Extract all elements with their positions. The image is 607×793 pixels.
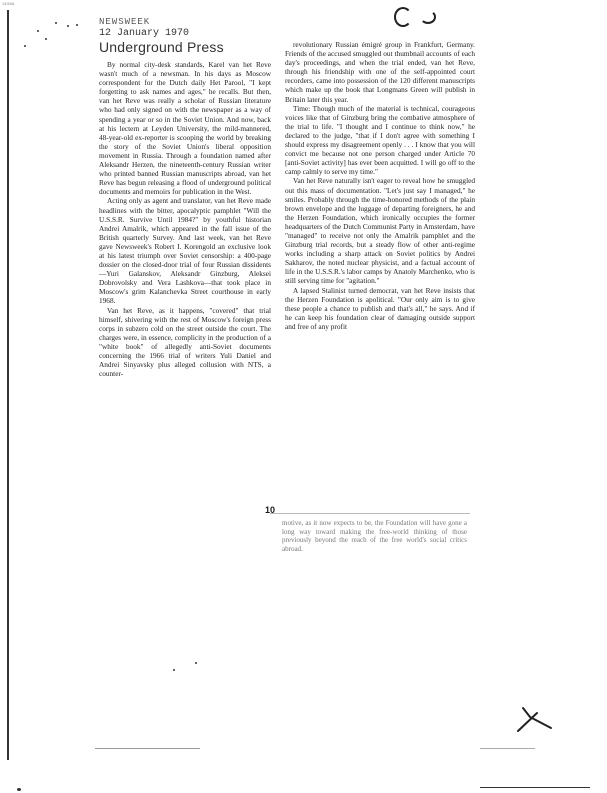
cut-line xyxy=(270,513,470,514)
article-column-right: revolutionary Russian émigré group in Fr… xyxy=(285,40,475,331)
publication-name: NEWSWEEK xyxy=(99,17,289,27)
article-headline: Underground Press xyxy=(99,39,289,55)
article-continuation: motive, as it now expects to be, the Fou… xyxy=(282,519,467,553)
paragraph: Acting only as agent and translator, van… xyxy=(99,196,271,305)
article-header: NEWSWEEK 12 January 1970 Underground Pre… xyxy=(99,17,289,55)
bottom-edge-line xyxy=(480,787,590,788)
punch-hole-right xyxy=(420,10,436,24)
paragraph: By normal city-desk standards, Karel van… xyxy=(99,60,271,196)
cut-line xyxy=(95,748,200,749)
scan-speck xyxy=(55,22,57,24)
scan-speck xyxy=(24,45,26,47)
scan-speck xyxy=(45,38,47,40)
paragraph: A lapsed Stalinist turned democrat, van … xyxy=(285,286,475,331)
page-id: 14/508 xyxy=(2,1,14,6)
cut-line xyxy=(480,748,535,749)
paragraph: Van het Reve naturally isn't eager to re… xyxy=(285,176,475,285)
paragraph: motive, as it now expects to be, the Fou… xyxy=(282,519,467,553)
scan-speck xyxy=(17,788,21,791)
article-column-left: By normal city-desk standards, Karel van… xyxy=(99,60,271,378)
scan-speck xyxy=(67,25,69,27)
scan-speck xyxy=(76,24,78,26)
paragraph: Time: Though much of the material is tec… xyxy=(285,104,475,177)
scan-speck xyxy=(195,662,197,664)
publication-date: 12 January 1970 xyxy=(99,28,289,39)
paragraph: Van het Reve, as it happens, "covered" t… xyxy=(99,306,271,379)
paragraph: revolutionary Russian émigré group in Fr… xyxy=(285,40,475,104)
handwritten-x-mark xyxy=(515,705,555,735)
scan-speck xyxy=(37,30,39,32)
scan-speck xyxy=(173,669,175,671)
punch-hole-left xyxy=(394,7,412,27)
scan-edge-rule xyxy=(7,10,9,760)
